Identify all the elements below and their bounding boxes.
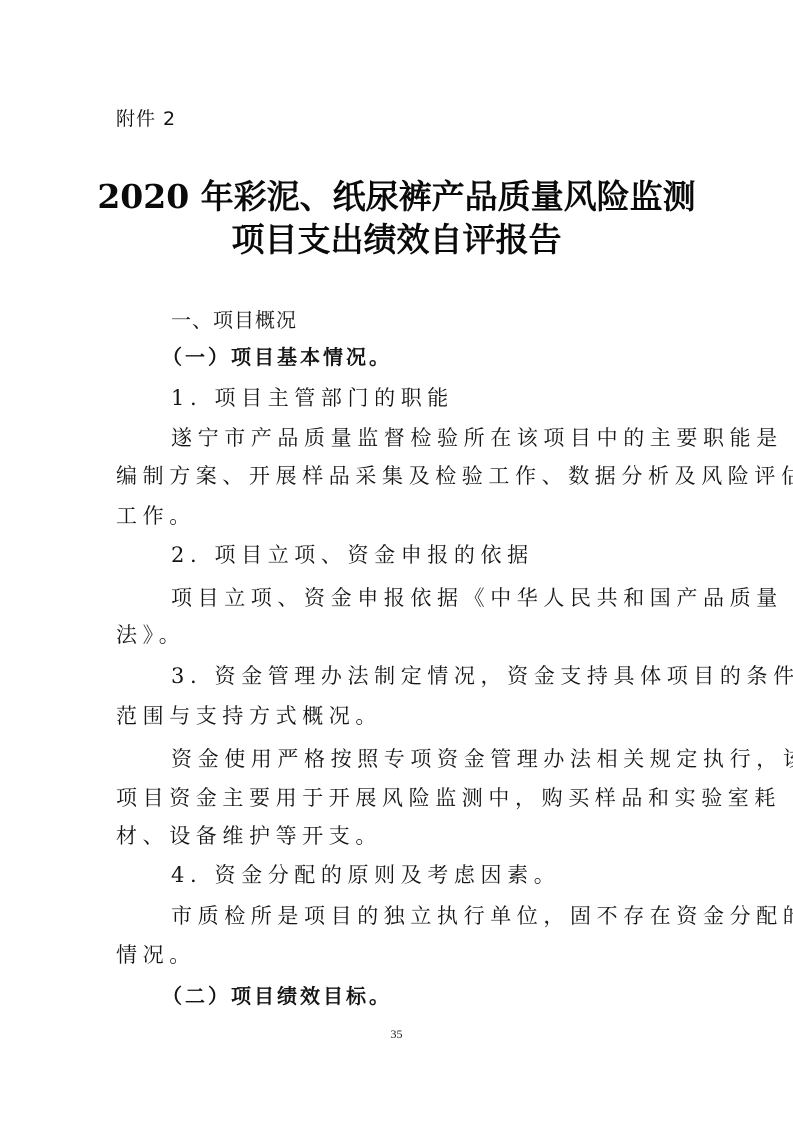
page-number: 35	[0, 1026, 793, 1042]
document-page: 附件 2 2020 年彩泥、纸尿裤产品质量风险监测 项目支出绩效自评报告 一、项…	[0, 0, 793, 1122]
item-heading-department-function: 1. 项目主管部门的职能	[171, 384, 676, 412]
document-title-line-1: 2020 年彩泥、纸尿裤产品质量风险监测	[0, 175, 793, 219]
subsection-heading-performance-goals: （二）项目绩效目标。	[162, 982, 722, 1010]
paragraph-line: 资金使用严格按照专项资金管理办法相关规定执行，该	[171, 745, 676, 773]
item-heading-project-basis: 2. 项目立项、资金申报的依据	[171, 541, 676, 569]
paragraph-line: 遂宁市产品质量监督检验所在该项目中的主要职能是	[171, 424, 676, 452]
paragraph-line: 编制方案、开展样品采集及检验工作、数据分析及风险评估	[116, 462, 676, 490]
paragraph-line: 材、设备维护等开支。	[116, 822, 676, 850]
paragraph-line: 法》。	[116, 621, 676, 649]
paragraph-line: 项目立项、资金申报依据《中华人民共和国产品质量	[171, 584, 676, 612]
item-heading-fund-management-cont: 范围与支持方式概况。	[116, 702, 676, 730]
paragraph-line: 项目资金主要用于开展风险监测中，购买样品和实验室耗	[116, 784, 676, 812]
document-title-line-2: 项目支出绩效自评报告	[0, 218, 793, 262]
item-heading-fund-allocation: 4. 资金分配的原则及考虑因素。	[171, 861, 676, 889]
item-heading-fund-management: 3. 资金管理办法制定情况，资金支持具体项目的条件、	[171, 662, 676, 690]
paragraph-line: 工作。	[116, 502, 676, 530]
attachment-label: 附件 2	[116, 106, 176, 132]
paragraph-line: 情况。	[116, 941, 676, 969]
paragraph-line: 市质检所是项目的独立执行单位，固不存在资金分配的	[171, 902, 676, 930]
subsection-heading-basic-info: （一）项目基本情况。	[162, 343, 722, 371]
section-heading-project-overview: 一、项目概况	[171, 306, 676, 334]
